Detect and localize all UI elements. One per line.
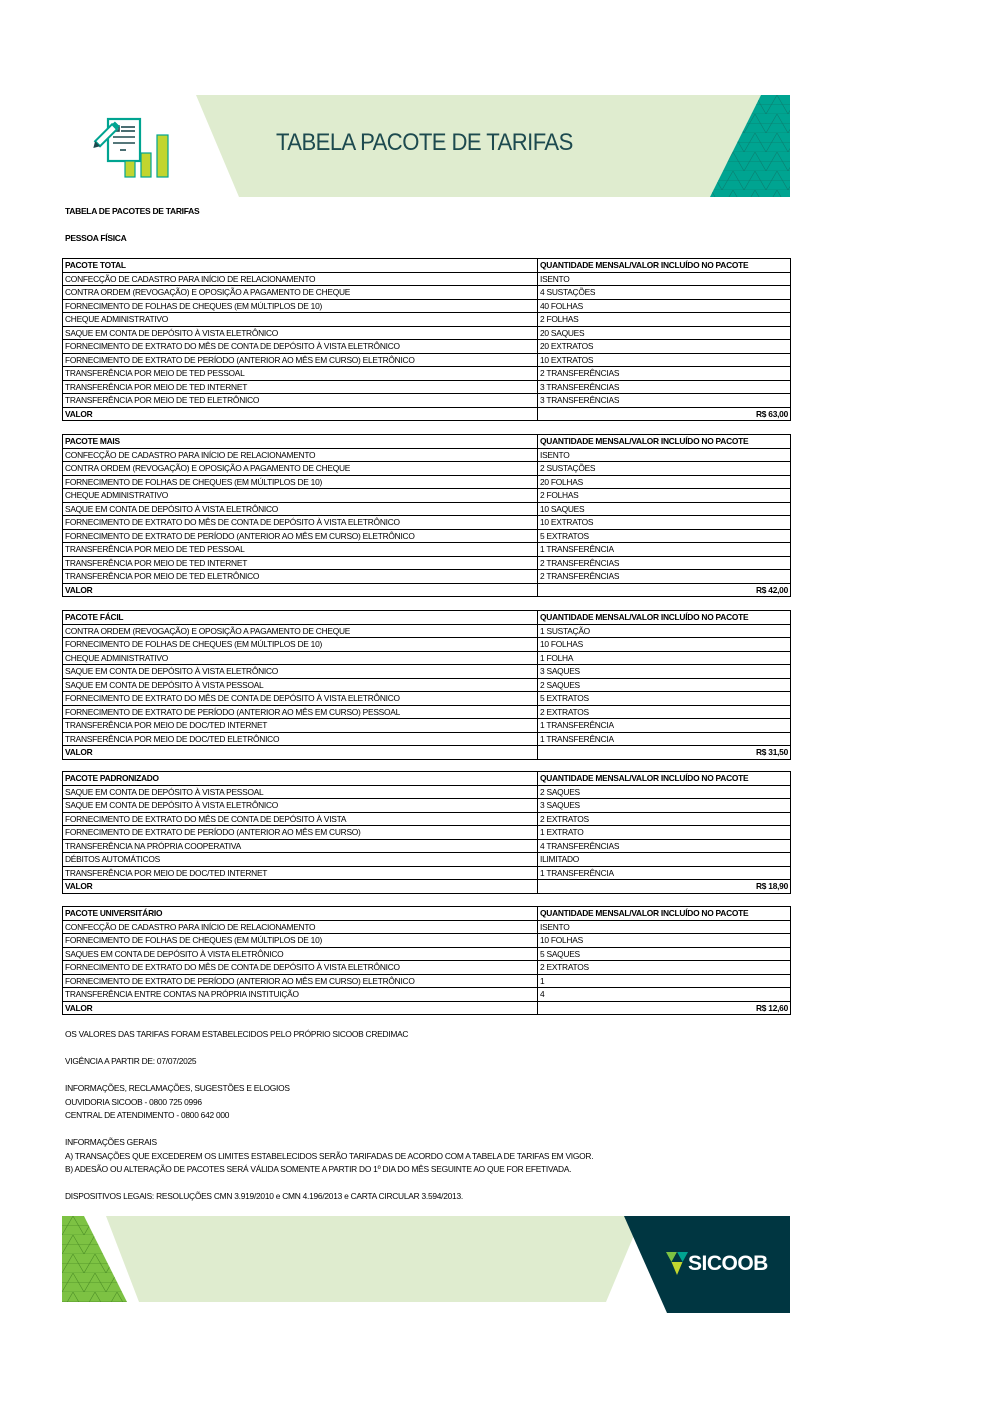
table-row: FORNECIMENTO DE EXTRATO DE PERÍODO (ANTE… xyxy=(63,705,791,719)
table-row: SAQUES EM CONTA DE DEPÓSITO À VISTA ELET… xyxy=(63,947,791,961)
service-name: SAQUES EM CONTA DE DEPÓSITO À VISTA ELET… xyxy=(63,947,538,961)
service-quantity: 1 SUSTAÇÃO xyxy=(538,624,791,638)
table-row: CHEQUE ADMINISTRATIVO2 FOLHAS xyxy=(63,313,791,327)
service-name: FORNECIMENTO DE EXTRATO DO MÊS DE CONTA … xyxy=(63,961,538,975)
total-label: VALOR xyxy=(63,407,538,421)
service-name: TRANSFERÊNCIA POR MEIO DE TED ELETRÔNICO xyxy=(63,570,538,584)
service-name: SAQUE EM CONTA DE DEPÓSITO À VISTA ELETR… xyxy=(63,799,538,813)
column-header: QUANTIDADE MENSAL/VALOR INCLUÍDO NO PACO… xyxy=(538,907,791,921)
service-quantity: 10 EXTRATOS xyxy=(538,353,791,367)
service-name: CONTRA ORDEM (REVOGAÇÃO) E OPOSIÇÃO A PA… xyxy=(63,462,538,476)
service-name: FORNECIMENTO DE EXTRATO DO MÊS DE CONTA … xyxy=(63,812,538,826)
table-row: FORNECIMENTO DE EXTRATO DO MÊS DE CONTA … xyxy=(63,340,791,354)
table-row: FORNECIMENTO DE FOLHAS DE CHEQUES (EM MÚ… xyxy=(63,299,791,313)
service-name: TRANSFERÊNCIA POR MEIO DE TED PESSOAL xyxy=(63,367,538,381)
table-row: FORNECIMENTO DE EXTRATO DE PERÍODO (ANTE… xyxy=(63,529,791,543)
table-row: CONTRA ORDEM (REVOGAÇÃO) E OPOSIÇÃO A PA… xyxy=(63,462,791,476)
service-quantity: 1 FOLHA xyxy=(538,651,791,665)
service-name: CONTRA ORDEM (REVOGAÇÃO) E OPOSIÇÃO A PA… xyxy=(63,286,538,300)
table-row: FORNECIMENTO DE EXTRATO DO MÊS DE CONTA … xyxy=(63,692,791,706)
table-row: CHEQUE ADMINISTRATIVO1 FOLHA xyxy=(63,651,791,665)
service-quantity: 10 EXTRATOS xyxy=(538,516,791,530)
footer-banner: SICOOB xyxy=(62,1216,790,1313)
service-name: FORNECIMENTO DE FOLHAS DE CHEQUES (EM MÚ… xyxy=(63,299,538,313)
notes-established: OS VALORES DAS TARIFAS FORAM ESTABELECID… xyxy=(65,1028,408,1042)
service-name: FORNECIMENTO DE FOLHAS DE CHEQUES (EM MÚ… xyxy=(63,475,538,489)
table-row: SAQUE EM CONTA DE DEPÓSITO À VISTA ELETR… xyxy=(63,326,791,340)
package-table: PACOTE TOTALQUANTIDADE MENSAL/VALOR INCL… xyxy=(62,258,791,421)
service-name: CONFECÇÃO DE CADASTRO PARA INÍCIO DE REL… xyxy=(63,272,538,286)
service-quantity: 40 FOLHAS xyxy=(538,299,791,313)
total-value: R$ 18,90 xyxy=(538,880,791,894)
notes-ombudsman: OUVIDORIA SICOOB - 0800 725 0996 xyxy=(65,1096,202,1110)
table-header-row: PACOTE MAISQUANTIDADE MENSAL/VALOR INCLU… xyxy=(63,435,791,449)
document-heading: TABELA DE PACOTES DE TARIFAS xyxy=(65,206,199,216)
service-quantity: 20 SAQUES xyxy=(538,326,791,340)
table-header-row: PACOTE PADRONIZADOQUANTIDADE MENSAL/VALO… xyxy=(63,772,791,786)
service-quantity: ILIMITADO xyxy=(538,853,791,867)
service-quantity: 20 FOLHAS xyxy=(538,475,791,489)
service-quantity: 2 FOLHAS xyxy=(538,313,791,327)
package-table: PACOTE UNIVERSITÁRIOQUANTIDADE MENSAL/VA… xyxy=(62,906,791,1015)
page-title: TABELA PACOTE DE TARIFAS xyxy=(276,129,573,157)
service-name: DÉBITOS AUTOMÁTICOS xyxy=(63,853,538,867)
table-row: FORNECIMENTO DE FOLHAS DE CHEQUES (EM MÚ… xyxy=(63,934,791,948)
table-total-row: VALORR$ 31,50 xyxy=(63,746,791,760)
table-row: CONFECÇÃO DE CADASTRO PARA INÍCIO DE REL… xyxy=(63,920,791,934)
table-header-row: PACOTE UNIVERSITÁRIOQUANTIDADE MENSAL/VA… xyxy=(63,907,791,921)
service-quantity: 3 TRANSFERÊNCIAS xyxy=(538,380,791,394)
service-quantity: 2 TRANSFERÊNCIAS xyxy=(538,556,791,570)
table-header-row: PACOTE TOTALQUANTIDADE MENSAL/VALOR INCL… xyxy=(63,259,791,273)
service-quantity: 2 EXTRATOS xyxy=(538,705,791,719)
service-name: TRANSFERÊNCIA POR MEIO DE DOC/TED INTERN… xyxy=(63,866,538,880)
service-quantity: ISENTO xyxy=(538,272,791,286)
service-name: CHEQUE ADMINISTRATIVO xyxy=(63,313,538,327)
package-name: PACOTE UNIVERSITÁRIO xyxy=(63,907,538,921)
report-chart-icon xyxy=(90,115,182,179)
table-row: FORNECIMENTO DE EXTRATO DO MÊS DE CONTA … xyxy=(63,516,791,530)
service-quantity: 3 SAQUES xyxy=(538,665,791,679)
service-quantity: 2 FOLHAS xyxy=(538,489,791,503)
notes-general-b: B) ADESÃO OU ALTERAÇÃO DE PACOTES SERÁ V… xyxy=(65,1163,571,1177)
service-name: CONFECÇÃO DE CADASTRO PARA INÍCIO DE REL… xyxy=(63,920,538,934)
column-header: QUANTIDADE MENSAL/VALOR INCLUÍDO NO PACO… xyxy=(538,772,791,786)
table-row: TRANSFERÊNCIA POR MEIO DE TED ELETRÔNICO… xyxy=(63,570,791,584)
total-value: R$ 63,00 xyxy=(538,407,791,421)
service-name: TRANSFERÊNCIA NA PRÓPRIA COOPERATIVA xyxy=(63,839,538,853)
notes-legal: DISPOSITIVOS LEGAIS: RESOLUÇÕES CMN 3.91… xyxy=(65,1190,463,1204)
package-table: PACOTE PADRONIZADOQUANTIDADE MENSAL/VALO… xyxy=(62,771,791,894)
table-row: TRANSFERÊNCIA POR MEIO DE TED INTERNET2 … xyxy=(63,556,791,570)
service-name: SAQUE EM CONTA DE DEPÓSITO À VISTA ELETR… xyxy=(63,502,538,516)
header-banner: TABELA PACOTE DE TARIFAS xyxy=(62,95,790,197)
table-total-row: VALORR$ 42,00 xyxy=(63,583,791,597)
table-total-row: VALORR$ 63,00 xyxy=(63,407,791,421)
service-quantity: 1 TRANSFERÊNCIA xyxy=(538,719,791,733)
table-row: SAQUE EM CONTA DE DEPÓSITO À VISTA PESSO… xyxy=(63,785,791,799)
total-value: R$ 42,00 xyxy=(538,583,791,597)
service-name: TRANSFERÊNCIA POR MEIO DE TED ELETRÔNICO xyxy=(63,394,538,408)
service-quantity: 2 SAQUES xyxy=(538,785,791,799)
service-name: TRANSFERÊNCIA POR MEIO DE TED INTERNET xyxy=(63,556,538,570)
service-quantity: 3 TRANSFERÊNCIAS xyxy=(538,394,791,408)
sicoob-logo: SICOOB xyxy=(688,1252,768,1276)
notes-contact-title: INFORMAÇÕES, RECLAMAÇÕES, SUGESTÕES E EL… xyxy=(65,1082,290,1096)
service-quantity: 2 TRANSFERÊNCIAS xyxy=(538,367,791,381)
table-header-row: PACOTE FÁCILQUANTIDADE MENSAL/VALOR INCL… xyxy=(63,611,791,625)
service-quantity: 1 TRANSFERÊNCIA xyxy=(538,732,791,746)
table-row: TRANSFERÊNCIA POR MEIO DE TED PESSOAL2 T… xyxy=(63,367,791,381)
table-row: SAQUE EM CONTA DE DEPÓSITO À VISTA ELETR… xyxy=(63,665,791,679)
table-row: TRANSFERÊNCIA POR MEIO DE TED ELETRÔNICO… xyxy=(63,394,791,408)
service-name: SAQUE EM CONTA DE DEPÓSITO À VISTA ELETR… xyxy=(63,326,538,340)
table-row: SAQUE EM CONTA DE DEPÓSITO À VISTA PESSO… xyxy=(63,678,791,692)
total-value: R$ 12,60 xyxy=(538,1001,791,1015)
service-name: TRANSFERÊNCIA POR MEIO DE TED PESSOAL xyxy=(63,543,538,557)
service-name: CHEQUE ADMINISTRATIVO xyxy=(63,651,538,665)
service-quantity: 2 SUSTAÇÕES xyxy=(538,462,791,476)
service-name: FORNECIMENTO DE EXTRATO DE PERÍODO (ANTE… xyxy=(63,826,538,840)
table-row: CONTRA ORDEM (REVOGAÇÃO) E OPOSIÇÃO A PA… xyxy=(63,286,791,300)
table-row: TRANSFERÊNCIA POR MEIO DE DOC/TED INTERN… xyxy=(63,866,791,880)
table-total-row: VALORR$ 12,60 xyxy=(63,1001,791,1015)
service-name: FORNECIMENTO DE EXTRATO DO MÊS DE CONTA … xyxy=(63,340,538,354)
package-name: PACOTE MAIS xyxy=(63,435,538,449)
table-row: CONTRA ORDEM (REVOGAÇÃO) E OPOSIÇÃO A PA… xyxy=(63,624,791,638)
service-name: FORNECIMENTO DE EXTRATO DE PERÍODO (ANTE… xyxy=(63,529,538,543)
notes-general-a: A) TRANSAÇÕES QUE EXCEDEREM OS LIMITES E… xyxy=(65,1150,593,1164)
service-name: SAQUE EM CONTA DE DEPÓSITO À VISTA PESSO… xyxy=(63,678,538,692)
service-name: FORNECIMENTO DE EXTRATO DO MÊS DE CONTA … xyxy=(63,516,538,530)
service-name: TRANSFERÊNCIA POR MEIO DE DOC/TED INTERN… xyxy=(63,719,538,733)
total-label: VALOR xyxy=(63,746,538,760)
column-header: QUANTIDADE MENSAL/VALOR INCLUÍDO NO PACO… xyxy=(538,435,791,449)
table-row: FORNECIMENTO DE EXTRATO DO MÊS DE CONTA … xyxy=(63,961,791,975)
service-quantity: 5 EXTRATOS xyxy=(538,692,791,706)
service-quantity: 2 EXTRATOS xyxy=(538,812,791,826)
service-quantity: 10 FOLHAS xyxy=(538,934,791,948)
document-subheading: PESSOA FÍSICA xyxy=(65,233,126,243)
service-quantity: 5 SAQUES xyxy=(538,947,791,961)
service-quantity: 2 SAQUES xyxy=(538,678,791,692)
column-header: QUANTIDADE MENSAL/VALOR INCLUÍDO NO PACO… xyxy=(538,259,791,273)
column-header: QUANTIDADE MENSAL/VALOR INCLUÍDO NO PACO… xyxy=(538,611,791,625)
service-name: TRANSFERÊNCIA POR MEIO DE DOC/TED ELETRÔ… xyxy=(63,732,538,746)
total-label: VALOR xyxy=(63,880,538,894)
service-quantity: 10 FOLHAS xyxy=(538,638,791,652)
service-name: TRANSFERÊNCIA POR MEIO DE TED INTERNET xyxy=(63,380,538,394)
total-label: VALOR xyxy=(63,583,538,597)
service-name: CONTRA ORDEM (REVOGAÇÃO) E OPOSIÇÃO A PA… xyxy=(63,624,538,638)
table-row: SAQUE EM CONTA DE DEPÓSITO À VISTA ELETR… xyxy=(63,502,791,516)
service-quantity: 5 EXTRATOS xyxy=(538,529,791,543)
service-name: SAQUE EM CONTA DE DEPÓSITO À VISTA PESSO… xyxy=(63,785,538,799)
table-row: TRANSFERÊNCIA POR MEIO DE TED PESSOAL1 T… xyxy=(63,543,791,557)
service-name: FORNECIMENTO DE FOLHAS DE CHEQUES (EM MÚ… xyxy=(63,638,538,652)
table-row: FORNECIMENTO DE EXTRATO DE PERÍODO (ANTE… xyxy=(63,974,791,988)
service-name: SAQUE EM CONTA DE DEPÓSITO À VISTA ELETR… xyxy=(63,665,538,679)
service-quantity: 4 TRANSFERÊNCIAS xyxy=(538,839,791,853)
service-name: FORNECIMENTO DE EXTRATO DO MÊS DE CONTA … xyxy=(63,692,538,706)
notes-service-center: CENTRAL DE ATENDIMENTO - 0800 642 000 xyxy=(65,1109,229,1123)
service-quantity: 20 EXTRATOS xyxy=(538,340,791,354)
package-name: PACOTE PADRONIZADO xyxy=(63,772,538,786)
table-row: FORNECIMENTO DE EXTRATO DE PERÍODO (ANTE… xyxy=(63,353,791,367)
service-name: FORNECIMENTO DE EXTRATO DE PERÍODO (ANTE… xyxy=(63,353,538,367)
table-row: TRANSFERÊNCIA ENTRE CONTAS NA PRÓPRIA IN… xyxy=(63,988,791,1002)
service-name: CONFECÇÃO DE CADASTRO PARA INÍCIO DE REL… xyxy=(63,448,538,462)
service-quantity: 2 EXTRATOS xyxy=(538,961,791,975)
service-quantity: 4 SUSTAÇÕES xyxy=(538,286,791,300)
table-row: SAQUE EM CONTA DE DEPÓSITO À VISTA ELETR… xyxy=(63,799,791,813)
package-name: PACOTE TOTAL xyxy=(63,259,538,273)
service-quantity: 3 SAQUES xyxy=(538,799,791,813)
service-quantity: ISENTO xyxy=(538,448,791,462)
notes-validity: VIGÊNCIA A PARTIR DE: 07/07/2025 xyxy=(65,1055,196,1069)
table-row: DÉBITOS AUTOMÁTICOSILIMITADO xyxy=(63,853,791,867)
service-quantity: 1 TRANSFERÊNCIA xyxy=(538,866,791,880)
service-quantity: 1 TRANSFERÊNCIA xyxy=(538,543,791,557)
package-table: PACOTE MAISQUANTIDADE MENSAL/VALOR INCLU… xyxy=(62,434,791,597)
service-name: FORNECIMENTO DE FOLHAS DE CHEQUES (EM MÚ… xyxy=(63,934,538,948)
table-row: CHEQUE ADMINISTRATIVO2 FOLHAS xyxy=(63,489,791,503)
total-label: VALOR xyxy=(63,1001,538,1015)
table-row: FORNECIMENTO DE FOLHAS DE CHEQUES (EM MÚ… xyxy=(63,638,791,652)
service-quantity: 4 xyxy=(538,988,791,1002)
service-name: FORNECIMENTO DE EXTRATO DE PERÍODO (ANTE… xyxy=(63,705,538,719)
notes-general-title: INFORMAÇÕES GERAIS xyxy=(65,1136,157,1150)
table-row: TRANSFERÊNCIA NA PRÓPRIA COOPERATIVA4 TR… xyxy=(63,839,791,853)
table-row: TRANSFERÊNCIA POR MEIO DE DOC/TED ELETRÔ… xyxy=(63,732,791,746)
sicoob-logo-icon xyxy=(666,1252,688,1276)
total-value: R$ 31,50 xyxy=(538,746,791,760)
service-quantity: 1 xyxy=(538,974,791,988)
service-quantity: 10 SAQUES xyxy=(538,502,791,516)
table-row: CONFECÇÃO DE CADASTRO PARA INÍCIO DE REL… xyxy=(63,272,791,286)
table-row: TRANSFERÊNCIA POR MEIO DE DOC/TED INTERN… xyxy=(63,719,791,733)
table-row: FORNECIMENTO DE EXTRATO DO MÊS DE CONTA … xyxy=(63,812,791,826)
table-total-row: VALORR$ 18,90 xyxy=(63,880,791,894)
package-name: PACOTE FÁCIL xyxy=(63,611,538,625)
table-row: FORNECIMENTO DE FOLHAS DE CHEQUES (EM MÚ… xyxy=(63,475,791,489)
service-quantity: 1 EXTRATO xyxy=(538,826,791,840)
service-quantity: ISENTO xyxy=(538,920,791,934)
table-row: FORNECIMENTO DE EXTRATO DE PERÍODO (ANTE… xyxy=(63,826,791,840)
service-quantity: 2 TRANSFERÊNCIAS xyxy=(538,570,791,584)
table-row: TRANSFERÊNCIA POR MEIO DE TED INTERNET3 … xyxy=(63,380,791,394)
service-name: CHEQUE ADMINISTRATIVO xyxy=(63,489,538,503)
table-row: CONFECÇÃO DE CADASTRO PARA INÍCIO DE REL… xyxy=(63,448,791,462)
service-name: FORNECIMENTO DE EXTRATO DE PERÍODO (ANTE… xyxy=(63,974,538,988)
package-table: PACOTE FÁCILQUANTIDADE MENSAL/VALOR INCL… xyxy=(62,610,791,760)
service-name: TRANSFERÊNCIA ENTRE CONTAS NA PRÓPRIA IN… xyxy=(63,988,538,1002)
